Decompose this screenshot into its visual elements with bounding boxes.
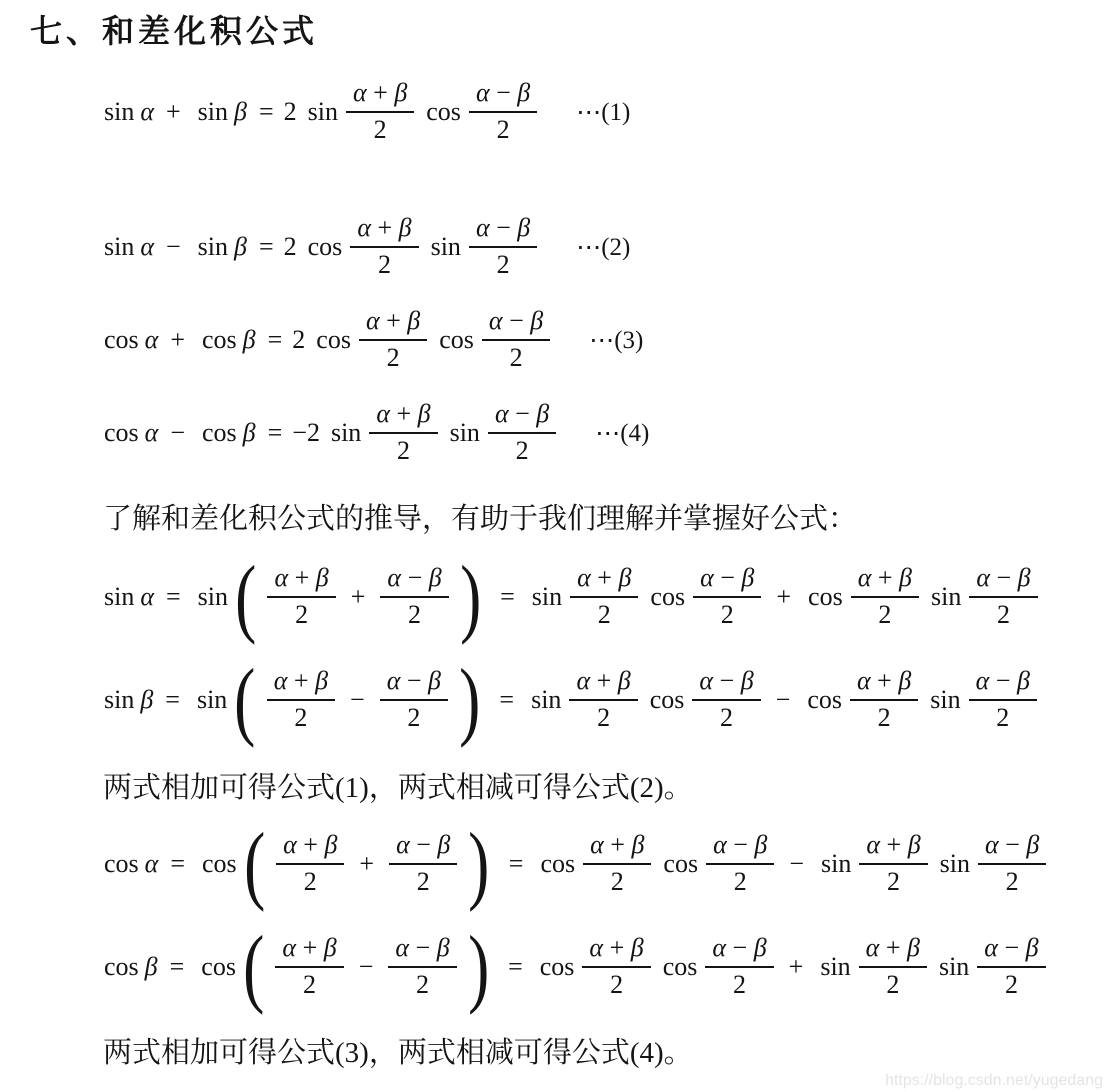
fraction-numerator: α + β	[569, 666, 637, 701]
math-operator: −	[776, 685, 791, 715]
math-operator: −	[170, 418, 185, 448]
fraction-numerator: α − β	[692, 666, 760, 701]
derivation-sin-beta-expression: sinβ=sin(α + β2−α − β2)=sinα + β2cosα − …	[104, 666, 1042, 733]
math-function: cos	[104, 952, 139, 982]
math-variable: β	[243, 325, 256, 355]
math-function: cos	[202, 325, 237, 355]
fraction-numerator: α − β	[978, 830, 1046, 865]
fraction-numerator: α + β	[582, 933, 650, 968]
derivation-sin-alpha-row: sinα=sin(α + β2+α − β2)=sinα + β2cosα − …	[104, 563, 1113, 630]
math-fraction: α − β2	[380, 666, 448, 733]
fraction-denominator: 2	[878, 701, 891, 733]
derivation-cos-beta-expression: cosβ=cos(α + β2−α − β2)=cosα + β2cosα − …	[104, 933, 1051, 1000]
math-variable: α	[145, 849, 159, 879]
math-function: sin	[331, 418, 361, 448]
fraction-numerator: α + β	[570, 563, 638, 598]
fraction-numerator: α − β	[388, 933, 456, 968]
fraction-numerator: α + β	[583, 830, 651, 865]
math-function: cos	[650, 582, 685, 612]
fraction-numerator: α − β	[488, 399, 556, 434]
math-variable: α	[140, 97, 154, 127]
fraction-denominator: 2	[598, 598, 611, 630]
math-operator: =	[509, 849, 524, 879]
math-function: sin	[939, 952, 969, 982]
math-fraction: α − β2	[705, 933, 773, 1000]
fraction-numerator: α + β	[346, 78, 414, 113]
fraction-denominator: 2	[417, 865, 430, 897]
fraction-numerator: α − β	[706, 830, 774, 865]
math-operator: =	[500, 582, 515, 612]
math-function: cos	[808, 582, 843, 612]
document-page: 七、和差化积公式 sinα+sinβ=2sinα + β2cosα − β2 ⋯…	[0, 6, 1113, 1092]
math-function: sin	[821, 849, 851, 879]
math-function: cos	[540, 849, 575, 879]
fraction-numerator: α + β	[267, 666, 335, 701]
math-fraction: α − β2	[469, 213, 537, 280]
math-operator: +	[166, 97, 181, 127]
math-operator: =	[508, 952, 523, 982]
fraction-denominator: 2	[378, 248, 391, 280]
math-function: cos	[104, 418, 139, 448]
formula-3-expression: cosα+cosβ=2cosα + β2cosα − β2	[104, 306, 555, 373]
fraction-denominator: 2	[387, 341, 400, 373]
math-function: cos	[104, 849, 139, 879]
math-function: cos	[426, 97, 461, 127]
math-function: cos	[663, 849, 698, 879]
math-fraction: α + β2	[359, 306, 427, 373]
math-fraction: α − β2	[389, 830, 457, 897]
fraction-denominator: 2	[597, 701, 610, 733]
fraction-denominator: 2	[997, 598, 1010, 630]
math-fraction: α + β2	[276, 830, 344, 897]
math-variable: α	[140, 582, 154, 612]
fraction-denominator: 2	[720, 701, 733, 733]
math-function: sin	[532, 582, 562, 612]
watermark-url: https://blog.csdn.net/yugedang	[885, 1072, 1103, 1090]
fraction-numerator: α − β	[380, 666, 448, 701]
formula-1-row: sinα+sinβ=2sinα + β2cosα − β2 ⋯(1)	[104, 78, 1113, 145]
math-operator: +	[170, 325, 185, 355]
math-fraction: α + β2	[275, 933, 343, 1000]
math-function: sin	[104, 685, 134, 715]
fraction-numerator: α + β	[359, 306, 427, 341]
fraction-numerator: α + β	[267, 563, 335, 598]
math-function: cos	[540, 952, 575, 982]
formula-3-number: ⋯(3)	[589, 325, 643, 355]
fraction-denominator: 2	[374, 113, 387, 145]
fraction-denominator: 2	[510, 341, 523, 373]
math-operator: =	[259, 97, 274, 127]
note-formulas-1-2: 两式相加可得公式(1)，两式相减可得公式(2)。	[103, 769, 1113, 808]
math-variable: α	[145, 418, 159, 448]
fraction-numerator: α − β	[469, 213, 537, 248]
formula-4-expression: cosα−cosβ=−2sinα + β2sinα − β2	[104, 399, 561, 466]
math-function: cos	[201, 952, 236, 982]
math-function: sin	[820, 952, 850, 982]
math-function: sin	[531, 685, 561, 715]
fraction-denominator: 2	[611, 865, 624, 897]
math-fraction: α − β2	[969, 563, 1037, 630]
fraction-numerator: α − β	[705, 933, 773, 968]
formula-2-row: sinα−sinβ=2cosα + β2sinα − β2 ⋯(2)	[104, 213, 1113, 280]
fraction-numerator: α − β	[969, 563, 1037, 598]
fraction-numerator: α + β	[369, 399, 437, 434]
math-function: cos	[439, 325, 474, 355]
fraction-denominator: 2	[886, 968, 899, 1000]
math-function: cos	[650, 685, 685, 715]
math-fraction: α + β2	[267, 666, 335, 733]
fraction-numerator: α + β	[850, 666, 918, 701]
fraction-numerator: α − β	[693, 563, 761, 598]
math-variable: β	[234, 232, 247, 262]
math-operator: =	[259, 232, 274, 262]
math-function: sin	[931, 582, 961, 612]
math-function: sin	[940, 849, 970, 879]
math-number: 2	[284, 97, 297, 127]
derivation-cos-beta-row: cosβ=cos(α + β2−α − β2)=cosα + β2cosα − …	[104, 933, 1113, 1000]
fraction-denominator: 2	[497, 248, 510, 280]
math-operator: =	[170, 952, 185, 982]
fraction-denominator: 2	[294, 701, 307, 733]
math-function: sin	[104, 582, 134, 612]
math-function: cos	[308, 232, 343, 262]
fraction-numerator: α − β	[469, 78, 537, 113]
math-variable: α	[140, 232, 154, 262]
fraction-numerator: α + β	[275, 933, 343, 968]
fraction-denominator: 2	[408, 598, 421, 630]
math-number: −2	[292, 418, 320, 448]
formula-4-row: cosα−cosβ=−2sinα + β2sinα − β2 ⋯(4)	[104, 399, 1113, 466]
intro-paragraph: 了解和差化积公式的推导，有助于我们理解并掌握好公式：	[103, 500, 1113, 539]
math-operator: =	[165, 685, 180, 715]
fraction-numerator: α − β	[380, 563, 448, 598]
fraction-denominator: 2	[303, 968, 316, 1000]
math-variable: α	[145, 325, 159, 355]
math-fraction: α − β2	[977, 933, 1045, 1000]
formula-1-number: ⋯(1)	[576, 97, 630, 127]
math-function: cos	[316, 325, 351, 355]
math-operator: =	[499, 685, 514, 715]
math-operator: −	[359, 952, 374, 982]
derivation-cos-alpha-row: cosα=cos(α + β2+α − β2)=cosα + β2cosα − …	[104, 830, 1113, 897]
fraction-numerator: α + β	[350, 213, 418, 248]
fraction-denominator: 2	[516, 434, 529, 466]
math-fraction: α − β2	[388, 933, 456, 1000]
math-function: cos	[663, 952, 698, 982]
math-fraction: α − β2	[692, 666, 760, 733]
math-fraction: α + β2	[346, 78, 414, 145]
math-fraction: α − β2	[380, 563, 448, 630]
math-fraction: α + β2	[851, 563, 919, 630]
fraction-denominator: 2	[397, 434, 410, 466]
math-operator: +	[789, 952, 804, 982]
math-operator: =	[166, 582, 181, 612]
math-function: cos	[807, 685, 842, 715]
math-fraction: α + β2	[850, 666, 918, 733]
math-fraction: α + β2	[350, 213, 418, 280]
math-operator: −	[789, 849, 804, 879]
math-operator: =	[268, 418, 283, 448]
formula-2-number: ⋯(2)	[576, 232, 630, 262]
fraction-denominator: 2	[407, 701, 420, 733]
page-title: 七、和差化积公式	[30, 6, 1113, 52]
fraction-numerator: α − β	[969, 666, 1037, 701]
math-operator: =	[268, 325, 283, 355]
math-fraction: α + β2	[369, 399, 437, 466]
math-function: cos	[104, 325, 139, 355]
fraction-denominator: 2	[887, 865, 900, 897]
math-fraction: α − β2	[482, 306, 550, 373]
math-function: sin	[930, 685, 960, 715]
math-fraction: α − β2	[706, 830, 774, 897]
math-fraction: α − β2	[488, 399, 556, 466]
formula-1-expression: sinα+sinβ=2sinα + β2cosα − β2	[104, 78, 542, 145]
math-number: 2	[284, 232, 297, 262]
math-function: sin	[431, 232, 461, 262]
fraction-numerator: α − β	[482, 306, 550, 341]
math-fraction: α − β2	[469, 78, 537, 145]
math-operator: −	[350, 685, 365, 715]
math-function: sin	[198, 582, 228, 612]
formula-3-row: cosα+cosβ=2cosα + β2cosα − β2 ⋯(3)	[104, 306, 1113, 373]
fraction-denominator: 2	[416, 968, 429, 1000]
math-operator: −	[166, 232, 181, 262]
math-fraction: α + β2	[570, 563, 638, 630]
math-fraction: α + β2	[583, 830, 651, 897]
fraction-numerator: α + β	[859, 933, 927, 968]
note-formulas-3-4: 两式相加可得公式(3)，两式相减可得公式(4)。	[103, 1034, 1113, 1073]
math-fraction: α − β2	[969, 666, 1037, 733]
fraction-numerator: α − β	[389, 830, 457, 865]
fraction-denominator: 2	[721, 598, 734, 630]
math-function: sin	[198, 232, 228, 262]
math-operator: +	[359, 849, 374, 879]
math-variable: β	[234, 97, 247, 127]
math-variable: β	[243, 418, 256, 448]
fraction-numerator: α + β	[851, 563, 919, 598]
math-variable: β	[140, 685, 153, 715]
math-function: sin	[104, 232, 134, 262]
math-function: sin	[198, 97, 228, 127]
math-operator: =	[170, 849, 185, 879]
math-function: sin	[197, 685, 227, 715]
math-function: sin	[308, 97, 338, 127]
math-operator: +	[776, 582, 791, 612]
fraction-denominator: 2	[610, 968, 623, 1000]
math-number: 2	[292, 325, 305, 355]
math-fraction: α − β2	[693, 563, 761, 630]
math-fraction: α + β2	[267, 563, 335, 630]
math-function: sin	[104, 97, 134, 127]
math-fraction: α + β2	[859, 933, 927, 1000]
math-fraction: α + β2	[859, 830, 927, 897]
fraction-denominator: 2	[1006, 865, 1019, 897]
derivation-sin-beta-row: sinβ=sin(α + β2−α − β2)=sinα + β2cosα − …	[104, 666, 1113, 733]
math-fraction: α + β2	[582, 933, 650, 1000]
fraction-denominator: 2	[878, 598, 891, 630]
math-operator: +	[351, 582, 366, 612]
derivation-sin-alpha-expression: sinα=sin(α + β2+α − β2)=sinα + β2cosα − …	[104, 563, 1043, 630]
math-function: sin	[450, 418, 480, 448]
fraction-numerator: α − β	[977, 933, 1045, 968]
derivation-cos-alpha-expression: cosα=cos(α + β2+α − β2)=cosα + β2cosα − …	[104, 830, 1051, 897]
formula-2-expression: sinα−sinβ=2cosα + β2sinα − β2	[104, 213, 542, 280]
fraction-denominator: 2	[295, 598, 308, 630]
fraction-denominator: 2	[734, 865, 747, 897]
math-variable: β	[145, 952, 158, 982]
math-function: cos	[202, 418, 237, 448]
fraction-denominator: 2	[996, 701, 1009, 733]
fraction-denominator: 2	[1005, 968, 1018, 1000]
formula-4-number: ⋯(4)	[595, 418, 649, 448]
math-fraction: α + β2	[569, 666, 637, 733]
fraction-denominator: 2	[304, 865, 317, 897]
fraction-numerator: α + β	[276, 830, 344, 865]
math-function: cos	[202, 849, 237, 879]
fraction-denominator: 2	[497, 113, 510, 145]
math-fraction: α − β2	[978, 830, 1046, 897]
fraction-numerator: α + β	[859, 830, 927, 865]
fraction-denominator: 2	[733, 968, 746, 1000]
